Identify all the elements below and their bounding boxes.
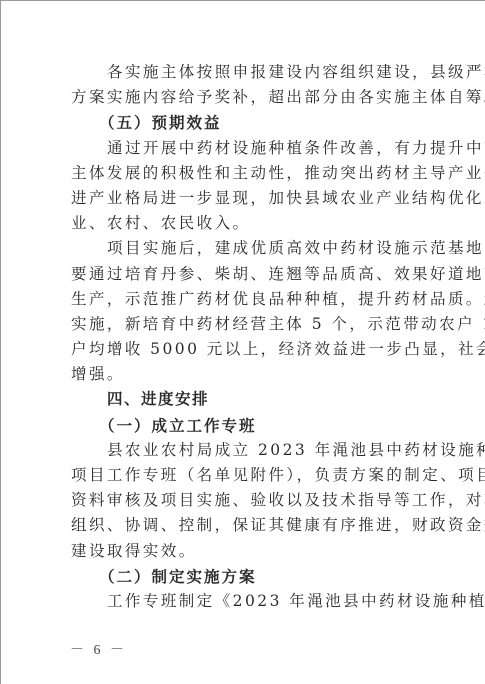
- paragraph-line: 主体发展的积极性和主动性，推动突出药材主导产业优势，促: [71, 161, 433, 186]
- paragraph-line: 业、农村、农民收入。: [71, 211, 433, 236]
- section-heading-expected-benefits: （五）预期效益: [71, 110, 433, 135]
- paragraph-line: 通过开展中药材设施种植条件改善，有力提升中药材经营: [71, 136, 433, 161]
- paragraph-line: 建设取得实效。: [71, 539, 433, 564]
- page-number: － 6 －: [70, 639, 127, 659]
- paragraph-line: 生产，示范推广药材优良品种种植，提升药材品质。通过项目: [71, 287, 433, 312]
- chapter-heading-schedule: 四、进度安排: [71, 387, 433, 412]
- page-left-border: [0, 0, 1, 684]
- paragraph-line: 工作专班制定《2023 年渑池县中药材设施种植条件改善项: [71, 589, 433, 614]
- paragraph-line: 方案实施内容给予奖补，超出部分由各实施主体自筹。: [71, 85, 433, 110]
- paragraph-line: 户均增收 5000 元以上，经济效益进一步凸显，社会效益进一步: [71, 337, 433, 362]
- document-body: 各实施主体按照申报建设内容组织建设，县级严格依据本 方案实施内容给予奖补，超出部…: [71, 60, 433, 614]
- paragraph-line: 资料审核及项目实施、验收以及技术指导等工作，对项目进行: [71, 488, 433, 513]
- page-top-border: [0, 0, 485, 1]
- paragraph-line: 实施，新培育中药材经营主体 5 个，示范带动农户 100 户以上，: [71, 312, 433, 337]
- section-heading-work-team: （一）成立工作专班: [71, 413, 433, 438]
- paragraph-line: 县农业农村局成立 2023 年渑池县中药材设施种植条件改善: [71, 438, 433, 463]
- paragraph-line: 进产业格局进一步显现，加快县域农业产业结构优化，增加农: [71, 186, 433, 211]
- paragraph-line: 组织、协调、控制，保证其健康有序推进，财政资金规范使用，: [71, 513, 433, 538]
- paragraph-line: 增强。: [71, 362, 433, 387]
- section-heading-implementation-plan: （二）制定实施方案: [71, 564, 433, 589]
- paragraph-line: 要通过培育丹参、柴胡、连翘等品质高、效果好道地药材种苗: [71, 262, 433, 287]
- paragraph-line: 项目工作专班（名单见附件），负责方案的制定、项目申报、: [71, 463, 433, 488]
- paragraph-line: 项目实施后，建成优质高效中药材设施示范基地 3 个，主: [71, 236, 433, 261]
- paragraph-line: 各实施主体按照申报建设内容组织建设，县级严格依据本: [71, 60, 433, 85]
